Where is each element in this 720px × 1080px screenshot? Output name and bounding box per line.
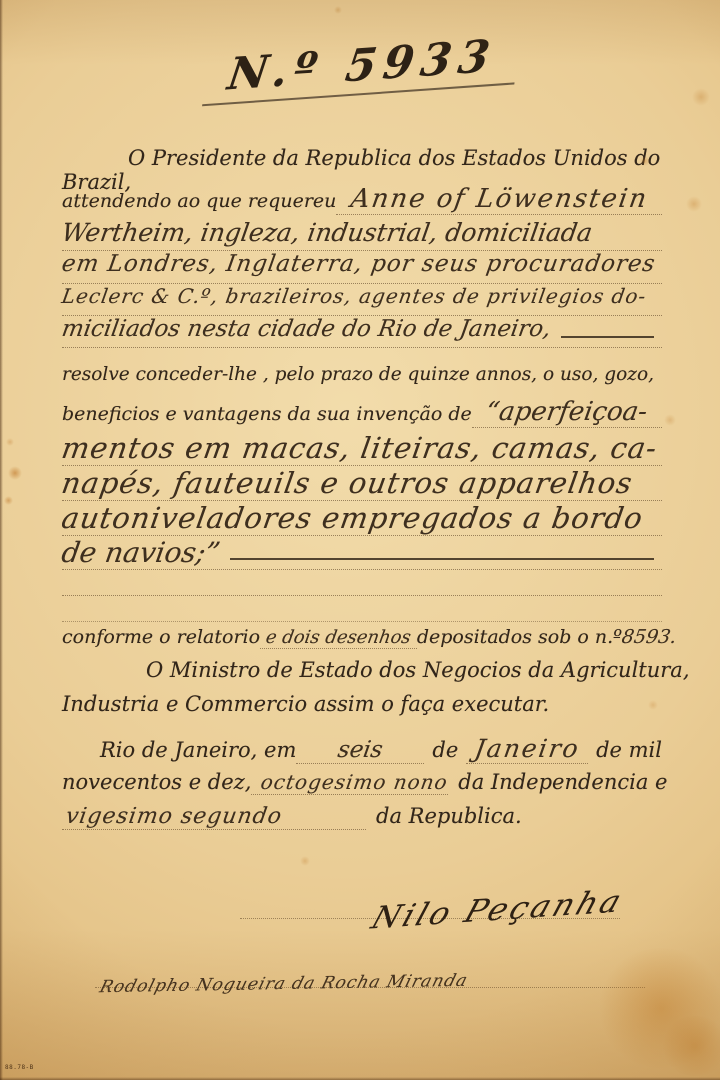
handwritten-line: Leclerc & C.º, brazileiros, agentes de p… [60,284,648,308]
printed-attendendo: attendendo ao que requereu [62,190,336,212]
fill-in-name: Anne of Löwenstein [336,184,662,215]
blank-ruled-line [62,570,662,596]
grant-line-6: de navios;” [62,536,662,570]
blank-ruled-line [62,596,662,622]
grant-line-3: mentos em macas, liteiras, camas, ca- [62,431,662,466]
opening-line-6: miciliados nesta cidade do Rio de Janeir… [62,316,662,348]
fill-in-day: seis [296,737,424,764]
dateline-row-3: vigesimo segundo da Republica. [62,804,662,838]
handwritten-drawings: e dois desenhos [264,627,412,648]
printed-de: de [424,738,466,762]
printed-ministro: O Ministro de Estado dos Negocios da Agr… [146,658,690,682]
handwritten-deposit-number: 8593. [620,626,678,648]
scan-edge-left [0,0,3,1080]
fill-in-month: Janeiro [466,734,588,764]
handwritten-line: autoniveladores empregados a bordo [59,501,645,535]
opening-line-4: em Londres, Inglaterra, por seus procura… [62,251,662,284]
printed-novecentos: novecentos e dez, [62,770,251,794]
fill-in-drawings: e dois desenhos [260,627,417,649]
opening-line-requester: attendendo ao que requereu Anne of Löwen… [62,184,662,218]
president-signature: Nilo Peçanha [367,884,629,937]
minister-signature: Rodolpho Nogueira da Rocha Miranda [97,971,470,997]
handwritten-line: em Londres, Inglaterra, por seus procura… [60,251,658,277]
dateline-row-1: Rio de Janeiro, em seis de Janeiro de mi… [62,734,662,770]
dateline-row-2: novecentos e dez, octogesimo nono da Ind… [62,770,662,804]
handwritten-invention-start: “aperfeiçoa- [484,397,650,427]
fill-in-republic-year: vigesimo segundo [62,804,366,830]
printed-industria: Industria e Commercio assim o faça execu… [62,692,549,716]
printed-resolve: resolve conceder-lhe , pelo prazo de qui… [62,364,654,385]
fill-in-independence-year: octogesimo nono [251,770,448,795]
opening-line-3: Wertheim, ingleza, industrial, domicilia… [62,218,662,251]
handwritten-name: Anne of Löwenstein [348,184,650,214]
printed-de-mil: de mil [588,738,662,762]
fill-in-invention: “aperfeiçoa- [472,397,662,428]
handwritten-month: Janeiro [472,734,581,763]
closing-line-1: conforme o relatorio e dois desenhos dep… [62,626,662,658]
closing-line-2: O Ministro de Estado dos Negocios da Agr… [62,658,662,692]
handwritten-line: de navios;” [59,536,222,569]
closing-line-3: Industria e Commercio assim o faça execu… [62,692,662,726]
document-content: N.º 5933 O Presidente da Republica dos E… [0,0,720,1080]
ink-rule [561,336,654,338]
printed-independencia: da Independencia e [448,770,667,794]
patent-number-row: N.º 5933 [62,34,662,120]
paragraph-gap [62,348,662,364]
grant-line-5: autoniveladores empregados a bordo [62,501,662,536]
handwritten-line: miciliados nesta cidade do Rio de Janeir… [60,316,553,342]
handwritten-line: mentos em macas, liteiras, camas, ca- [59,431,660,465]
handwritten-line: napés, fauteuils e outros apparelhos [59,466,635,500]
opening-line-president: O Presidente da Republica dos Estados Un… [62,146,662,184]
grant-line-2: beneficios e vantagens da sua invenção d… [62,397,662,431]
handwritten-day: seis [336,737,385,763]
grant-line-1: resolve conceder-lhe , pelo prazo de qui… [62,364,662,397]
patent-document-page: N.º 5933 O Presidente da Republica dos E… [0,0,720,1080]
ink-rule [230,558,654,560]
opening-line-5: Leclerc & C.º, brazileiros, agentes de p… [62,284,662,316]
president-signature-line: Nilo Peçanha [240,866,620,919]
handwritten-independence-year: octogesimo nono [260,770,451,794]
grant-line-4: napés, fauteuils e outros apparelhos [62,466,662,501]
handwritten-republic-year: vigesimo segundo [64,804,284,829]
archival-mark: 88.78-B [5,1064,34,1071]
printed-rio-de-janeiro: Rio de Janeiro, em [100,738,296,762]
patent-number: N.º 5933 [202,23,522,107]
printed-depositados: depositados sob o n.º [417,626,622,648]
printed-republica: da Republica. [366,804,522,828]
printed-beneficios: beneficios e vantagens da sua invenção d… [62,403,472,425]
printed-conforme: conforme o relatorio [62,626,260,648]
handwritten-line: Wertheim, ingleza, industrial, domicilia… [60,218,595,247]
minister-signature-line: Rodolpho Nogueira da Rocha Miranda [95,949,645,988]
